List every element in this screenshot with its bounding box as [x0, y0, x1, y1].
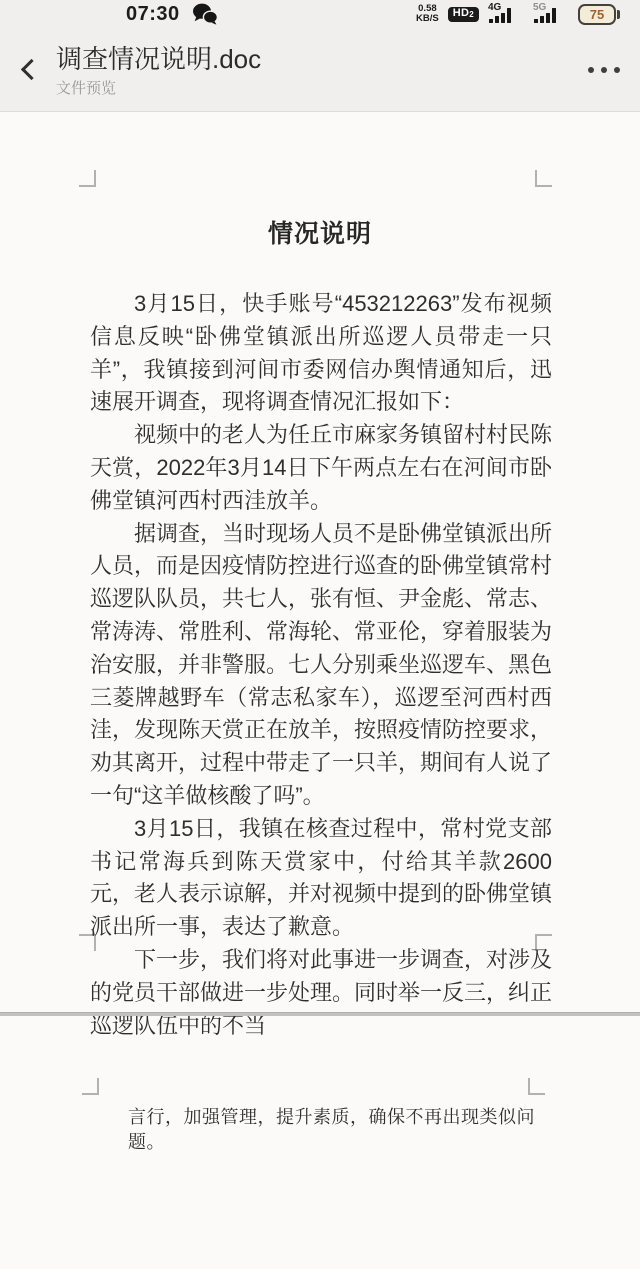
document-viewport[interactable]: 情况说明 3月15日，快手账号“453212263”发布视频信息反映“卧佛堂镇派… — [0, 112, 640, 1268]
wechat-icon — [192, 3, 218, 25]
signal-strength-5g-icon: 5G — [533, 3, 569, 25]
document-paragraph: 3月15日，我镇在核查过程中，常村党支部书记常海兵到陈天赏家中，付给其羊款260… — [90, 813, 552, 944]
document-paragraph: 3月15日，快手账号“453212263”发布视频信息反映“卧佛堂镇派出所巡逻人… — [90, 288, 552, 419]
phone-screen: 07:30 0.58 KB/S HD2 4G 5G — [0, 0, 640, 1269]
clock: 07:30 — [126, 4, 180, 24]
ellipsis-icon — [588, 67, 594, 73]
page-corner-mark — [535, 170, 552, 187]
back-button[interactable] — [0, 28, 56, 112]
page-corner-mark — [528, 1078, 545, 1095]
network-speed-unit: KB/S — [416, 14, 439, 24]
ellipsis-icon — [614, 67, 620, 73]
battery-indicator: 75 — [578, 4, 620, 25]
document-paragraph-continuation: 言行，加强管理，提升素质，确保不再出现类似问题。 — [128, 1105, 568, 1155]
volte-hd-icon: HD2 — [448, 7, 479, 22]
file-preview-header: 调查情况说明.doc 文件预览 — [0, 28, 640, 112]
document-paragraph: 视频中的老人为任丘市麻家务镇留村村民陈天赏，2022年3月14日下午两点左右在河… — [90, 419, 552, 517]
page-break-divider — [0, 1012, 640, 1016]
file-title: 调查情况说明.doc — [56, 43, 568, 76]
status-bar-left: 07:30 — [126, 3, 218, 25]
battery-percent: 75 — [578, 4, 616, 25]
page-corner-mark — [82, 1078, 99, 1095]
signal-bars-icon — [534, 8, 556, 23]
document-body: 3月15日，快手账号“453212263”发布视频信息反映“卧佛堂镇派出所巡逻人… — [90, 288, 552, 1042]
page-corner-mark — [79, 170, 96, 187]
file-preview-label: 文件预览 — [56, 77, 568, 98]
document-paragraph: 下一步，我们将对此事进一步调查，对涉及的党员干部做进一步处理。同时举一反三，纠正… — [90, 944, 552, 1042]
network-speed-indicator: 0.58 KB/S — [416, 4, 439, 24]
status-bar-right: 0.58 KB/S HD2 4G 5G 75 — [416, 3, 620, 25]
status-bar: 07:30 0.58 KB/S HD2 4G 5G — [0, 0, 640, 28]
battery-nub — [617, 10, 620, 19]
header-titles: 调查情况说明.doc 文件预览 — [56, 41, 568, 99]
signal-bars-icon — [489, 8, 511, 23]
ellipsis-icon — [601, 67, 607, 73]
document-title: 情况说明 — [0, 214, 640, 250]
signal-strength-4g-icon: 4G — [488, 3, 524, 25]
chevron-left-icon — [20, 59, 41, 80]
document-paragraph: 据调查，当时现场人员不是卧佛堂镇派出所人员，而是因疫情防控进行巡查的卧佛堂镇常村… — [90, 518, 552, 813]
more-options-button[interactable] — [568, 28, 640, 112]
